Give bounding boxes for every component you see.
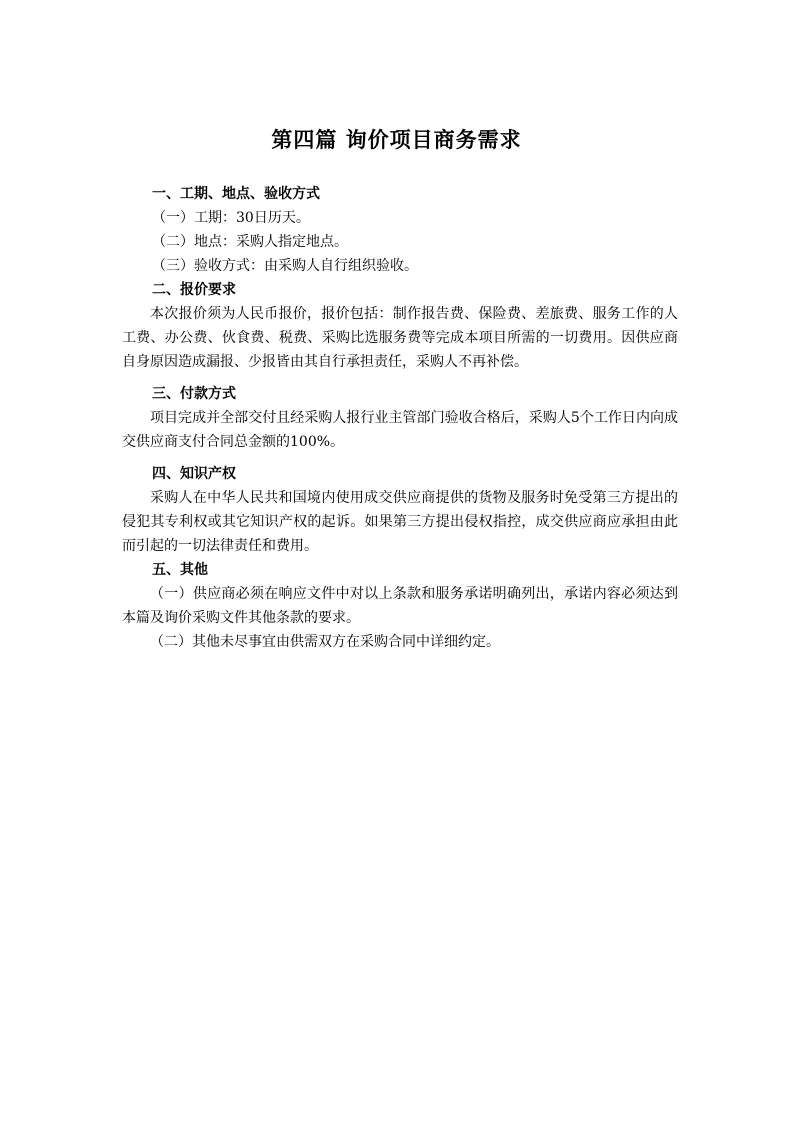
ip-paragraph: 采购人在中华人民共和国境内使用成交供应商提供的货物及服务时免受第三方提出的侵犯其…	[122, 486, 678, 558]
schedule-acceptance: （三）验收方式：由采购人自行组织验收。	[122, 254, 678, 278]
quotation-paragraph: 本次报价须为人民币报价，报价包括：制作报告费、保险费、差旅费、服务工作的人工费、…	[122, 302, 678, 374]
document-page: 第四篇 询价项目商务需求 一、工期、地点、验收方式 （一）工期：30日历天。 （…	[0, 0, 793, 1122]
section-heading-payment: 三、付款方式	[122, 382, 678, 406]
schedule-location: （二）地点：采购人指定地点。	[122, 230, 678, 254]
schedule-duration: （一）工期：30日历天。	[122, 206, 678, 230]
section-heading-schedule: 一、工期、地点、验收方式	[122, 182, 678, 206]
other-paragraph-2: （二）其他未尽事宜由供需双方在采购合同中详细约定。	[122, 630, 678, 654]
other-paragraph-1: （一）供应商必须在响应文件中对以上条款和服务承诺明确列出，承诺内容必须达到本篇及…	[122, 582, 678, 630]
section-heading-other: 五、其他	[122, 558, 678, 582]
section-heading-quotation: 二、报价要求	[122, 278, 678, 302]
page-title: 第四篇 询价项目商务需求	[0, 124, 793, 154]
payment-paragraph: 项目完成并全部交付且经采购人报行业主管部门验收合格后，采购人5个工作日内向成交供…	[122, 406, 678, 454]
document-body: 一、工期、地点、验收方式 （一）工期：30日历天。 （二）地点：采购人指定地点。…	[122, 182, 678, 654]
section-heading-ip: 四、知识产权	[122, 462, 678, 486]
